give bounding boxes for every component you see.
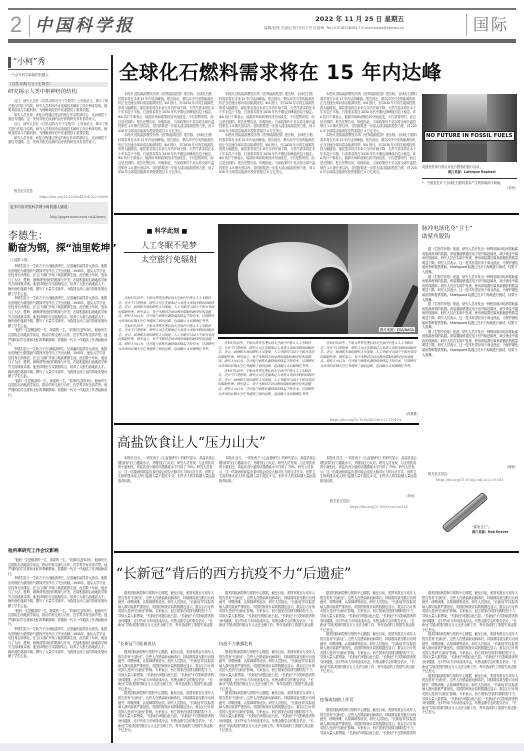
column-header: “小柯”秀	[13, 56, 45, 68]
column-header-underline	[8, 69, 108, 70]
protest-photo-caption: 英国伦敦举行的反对化石燃料的游行活动。	[422, 165, 517, 169]
covid-body-col3-bottom: 据美国疾病控制与预防中心数据，截至目前，美国有数百万成年人报告患有“长新冠”。这…	[320, 708, 417, 736]
astronaut-helmet	[308, 264, 352, 308]
section-rule-2	[114, 423, 419, 425]
covid-subhead-3: 疫情或加剧工作荒	[320, 697, 354, 703]
salt-article-body-col2: 本报讯 近日，一项发表于《心血管研究》的研究显示，高盐饮食会增加体内压力激素水平…	[219, 456, 316, 513]
profile-headline-name: 李德生：	[8, 231, 48, 243]
science-moment-body-col3: 在科幻作品中，宇航员常常在漫长的太空旅行中进入人工冬眠状态。这并不只是想象，研究…	[320, 341, 417, 411]
salt-article-author: （辛雨）	[404, 494, 417, 498]
brief-body: 近日，研究人员在《自然-结构与分子生物学》上发表论文，揭示了相关蛋白的原子结构。…	[8, 99, 108, 189]
section-label: 国际	[473, 13, 509, 37]
profile-byline: （上接第 1 版）	[8, 258, 68, 263]
covid-subhead-1: “长新冠”可能被低估	[118, 641, 156, 647]
protest-photo-credit: 图片来源：Lafargue Raphael	[448, 170, 496, 174]
more-info-label: 相关论文信息：	[14, 189, 74, 194]
paper-name-logo: 中国科学报	[35, 15, 135, 37]
covid-article-headline: “长新冠”背后的西方抗疫不力“后遗症”	[116, 565, 351, 583]
astronaut-photo: 图片来源：ESA/NASA	[218, 224, 418, 334]
column-subtitle: 一个会写科学新闻的机器人	[8, 72, 49, 77]
note-rule	[422, 178, 517, 179]
lead-body-col3: 本报讯 国际能源署发布的《世界能源展望》报告称，全球化石燃料需求将在未来 15 …	[320, 92, 417, 205]
salt-article-headline: 高盐饮食让人“压力山大”	[117, 434, 266, 452]
editor-credits: 编辑/赵路 冯丽妃 校对/何工劳 杜春梅 Tel:(010)62580617 E…	[264, 26, 404, 31]
section-divider	[466, 14, 467, 36]
salt-article-body-col1: 本报讯 近日，一项发表于《心血管研究》的研究显示，高盐饮食会增加体内压力激素水平…	[118, 456, 215, 513]
science-moment-author: （冯维维）	[404, 412, 420, 416]
promo-link[interactable]: http://paper.sciencenet.cn/AInews/	[50, 215, 106, 219]
lead-note-source: （辛雨）	[505, 186, 518, 190]
covid-subhead-2: 抗疫不力暴露危机	[219, 641, 253, 647]
sharkguard-credit: 图片来源：Rob Enever	[472, 530, 508, 534]
protest-banner-text: NO FUTURE IN FOSSIL FUELS	[426, 133, 513, 139]
covid-body-col1-bottom: 据美国疾病控制与预防中心数据，截至目前，美国有数百万成年人报告患有“长新冠”。这…	[118, 650, 214, 738]
sharkguard-caption: “鲨鱼卫士”。	[472, 525, 491, 529]
issue-date: 2022 年 11 月 25 日 星期五	[315, 14, 404, 23]
salt-article-doi-link[interactable]: https://doi.org/10.1093/cvr/cvac160	[350, 505, 408, 509]
masthead-top-rule	[8, 8, 516, 10]
column-header-marker	[8, 57, 11, 68]
building-left	[422, 94, 447, 162]
masthead-bottom-rule	[8, 39, 516, 43]
photo-bottom-rule	[218, 337, 418, 339]
side-article-headline-line1: 脉冲电场化身“卫士”	[422, 226, 473, 234]
science-moment-title-line1: 人工冬眠不是梦	[124, 240, 214, 251]
lead-headline: 全球化石燃料需求将在 15 年内达峰	[119, 60, 442, 86]
building-right	[487, 94, 517, 162]
side-article-more-label: 相关论文信息：	[428, 472, 450, 476]
covid-body-col2-bottom: 据美国疾病控制与预防中心数据，截至目前，美国有数百万成年人报告患有“长新冠”。这…	[219, 650, 316, 738]
article-tag: 《自然-结构与分子生物学》	[8, 82, 52, 87]
side-article-headline-line2: 助鲨鱼脱钩	[422, 234, 450, 242]
science-moment-doi-link[interactable]: https://doi.org/10.1038/s41598-022-21042…	[330, 418, 401, 422]
profile-headline: 勤奋为钢，探“油里乾坤”	[8, 243, 117, 255]
page-number: 2	[10, 12, 22, 38]
profile-subhead: 他所率研究工作会议影响	[8, 548, 59, 554]
editors-text: 编辑/赵路 冯丽妃 校对/何工劳 杜春梅	[264, 26, 324, 30]
side-article-author: （徐锐）	[505, 465, 518, 469]
contact-text: Tel:(010)62580617 E-mail:news@stimes.cn	[326, 26, 404, 30]
science-moment-title-line2: 太空旅行免辐射	[124, 254, 214, 265]
covid-body-col2-top: 据美国疾病控制与预防中心数据，截至目前，美国有数百万成年人报告患有“长新冠”。这…	[219, 591, 316, 627]
covid-body-col4: 据美国疾病控制与预防中心数据，截至目前，美国有数百万成年人报告患有“长新冠”。这…	[422, 591, 518, 737]
covid-body-col1-top: 据美国疾病控制与预防中心数据，截至目前，美国有数百万成年人报告患有“长新冠”。这…	[118, 591, 214, 627]
section-rule-1	[114, 213, 519, 215]
lead-body-col1: 本报讯 国际能源署发布的《世界能源展望》报告称，全球化石燃料需求将在未来 15 …	[118, 92, 214, 205]
doi-link[interactable]: https://doi.org/10.1038/s41594-022-00856	[40, 195, 108, 199]
earth-background	[348, 224, 418, 334]
masthead-divider	[29, 15, 30, 37]
lead-body-col2: 本报讯 国际能源署发布的《世界能源展望》报告称，全球化石燃料需求将在未来 15 …	[219, 92, 315, 205]
science-moment-label: ■ 科学此刻 ■	[118, 226, 216, 235]
promo-text: 更多内容详见科学网小柯机器人频道：	[10, 205, 71, 210]
lead-note: *：气候变化对于全球化石燃料需求产生的影响尚不明朗。	[422, 181, 517, 190]
covid-body-col3-top: 据美国疾病控制与预防中心数据，截至目前，美国有数百万成年人报告患有“长新冠”。这…	[320, 591, 417, 683]
science-moment-body-col2: 在科幻作品中，宇航员常常在漫长的太空旅行中进入人工冬眠状态。这并不只是想象，研究…	[218, 341, 315, 422]
salt-article-more-label: 相关论文信息：	[330, 499, 352, 503]
section-rule-3	[114, 551, 519, 553]
side-article-doi-link[interactable]: https://doi.org/10.1016/j.cub.2022.09.04…	[436, 478, 504, 482]
science-moment-title-rule	[124, 252, 214, 253]
astronaut-photo-credit: 图片来源：ESA/NASA	[379, 327, 415, 332]
road	[447, 144, 487, 162]
column-divider	[111, 55, 113, 745]
headline-brief: 研究揭示人类中枢神经的结构	[8, 88, 77, 96]
side-article-body: 据《生物学快报》报道，研究人员开发出一种利用脉冲电场帮助鲨鱼脱离鱼钩的装置。该装…	[422, 247, 518, 472]
science-moment-body-col1: 在科幻作品中，宇航员常常在漫长的太空旅行中进入人工冬眠状态。这并不只是想象，研究…	[118, 296, 215, 422]
profile-body: 李德生院士一生致力于石油地质研究，足迹遍布祖国各大油田。他提出的理论为我国油气勘…	[8, 264, 108, 544]
profile-body-continued: “他的一生是勤奋的一生，探索的一生。”同事们这样评价。他始终关注国际石油地质学前…	[8, 558, 108, 740]
page-bottom-band	[0, 743, 524, 751]
protest-photo: NO FUTURE IN FOSSIL FUELS	[422, 94, 517, 162]
left-column: “小柯”秀 一个会写科学新闻的机器人 《自然-结构与分子生物学》 研究揭示人类中…	[8, 55, 108, 745]
salt-article-body-col3: 本报讯 近日，一项发表于《心血管研究》的研究显示，高盐饮食会增加体内压力激素水平…	[320, 456, 417, 493]
